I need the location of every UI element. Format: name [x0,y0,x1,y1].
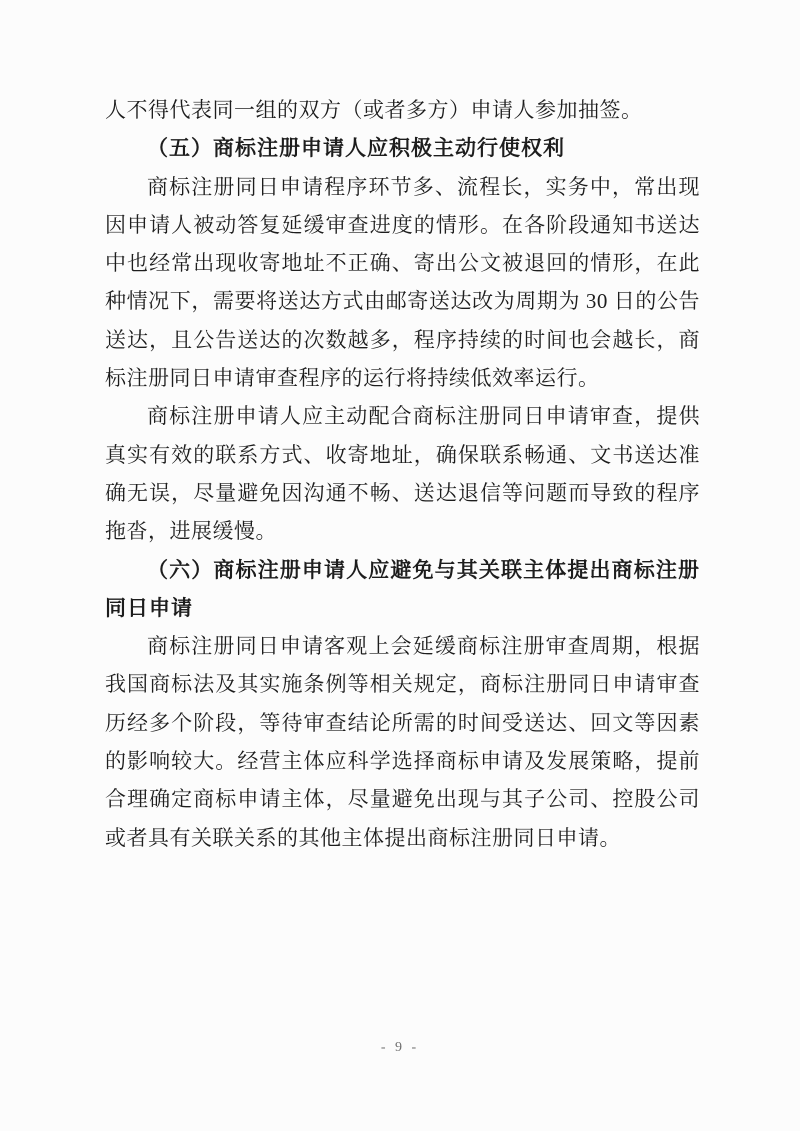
text-line: 中也经常出现收寄地址不正确、寄出公文被退回的情形，在此 [105,244,700,282]
page-number: - 9 - [0,1040,800,1056]
text-line: 确无误，尽量避免因沟通不畅、送达退信等问题而导致的程序 [105,474,700,512]
text-line: 真实有效的联系方式、收寄地址，确保联系畅通、文书送达准 [105,436,700,474]
text-line: 商标注册申请人应主动配合商标注册同日申请审查，提供 [105,397,700,435]
text-line: 商标注册同日申请客观上会延缓商标注册审查周期，根据 [105,627,700,665]
document-body: 人不得代表同一组的双方（或者多方）申请人参加抽签。（五）商标注册申请人应积极主动… [105,91,700,857]
text-line: 或者具有关联关系的其他主体提出商标注册同日申请。 [105,819,700,857]
text-line: 种情况下，需要将送达方式由邮寄送达改为周期为 30 日的公告 [105,282,700,320]
document-page: 人不得代表同一组的双方（或者多方）申请人参加抽签。（五）商标注册申请人应积极主动… [0,0,800,1131]
paragraph: 商标注册同日申请客观上会延缓商标注册审查周期，根据我国商标法及其实施条例等相关规… [105,627,700,857]
text-line: 商标注册同日申请程序环节多、流程长，实务中，常出现 [105,168,700,206]
heading-line: （五）商标注册申请人应积极主动行使权利 [105,129,700,167]
text-line: 送达，且公告送达的次数越多，程序持续的时间也会越长，商 [105,321,700,359]
text-line: 我国商标法及其实施条例等相关规定，商标注册同日申请审查 [105,665,700,703]
text-line: 因申请人被动答复延缓审查进度的情形。在各阶段通知书送达 [105,206,700,244]
text-line: 的影响较大。经营主体应科学选择商标申请及发展策略，提前 [105,742,700,780]
text-line: 历经多个阶段，等待审查结论所需的时间受送达、回文等因素 [105,704,700,742]
text-line: 拖沓，进展缓慢。 [105,512,700,550]
paragraph: 商标注册同日申请程序环节多、流程长，实务中，常出现因申请人被动答复延缓审查进度的… [105,168,700,398]
text-line: 人不得代表同一组的双方（或者多方）申请人参加抽签。 [105,91,700,129]
section-heading: （五）商标注册申请人应积极主动行使权利 [105,129,700,167]
section-heading: （六）商标注册申请人应避免与其关联主体提出商标注册同日申请 [105,551,700,628]
text-line: 合理确定商标申请主体，尽量避免出现与其子公司、控股公司 [105,780,700,818]
heading-line: （六）商标注册申请人应避免与其关联主体提出商标注册 [105,551,700,589]
heading-line: 同日申请 [105,589,700,627]
text-line: 标注册同日申请审查程序的运行将持续低效率运行。 [105,359,700,397]
paragraph: 商标注册申请人应主动配合商标注册同日申请审查，提供真实有效的联系方式、收寄地址，… [105,397,700,550]
paragraph: 人不得代表同一组的双方（或者多方）申请人参加抽签。 [105,91,700,129]
